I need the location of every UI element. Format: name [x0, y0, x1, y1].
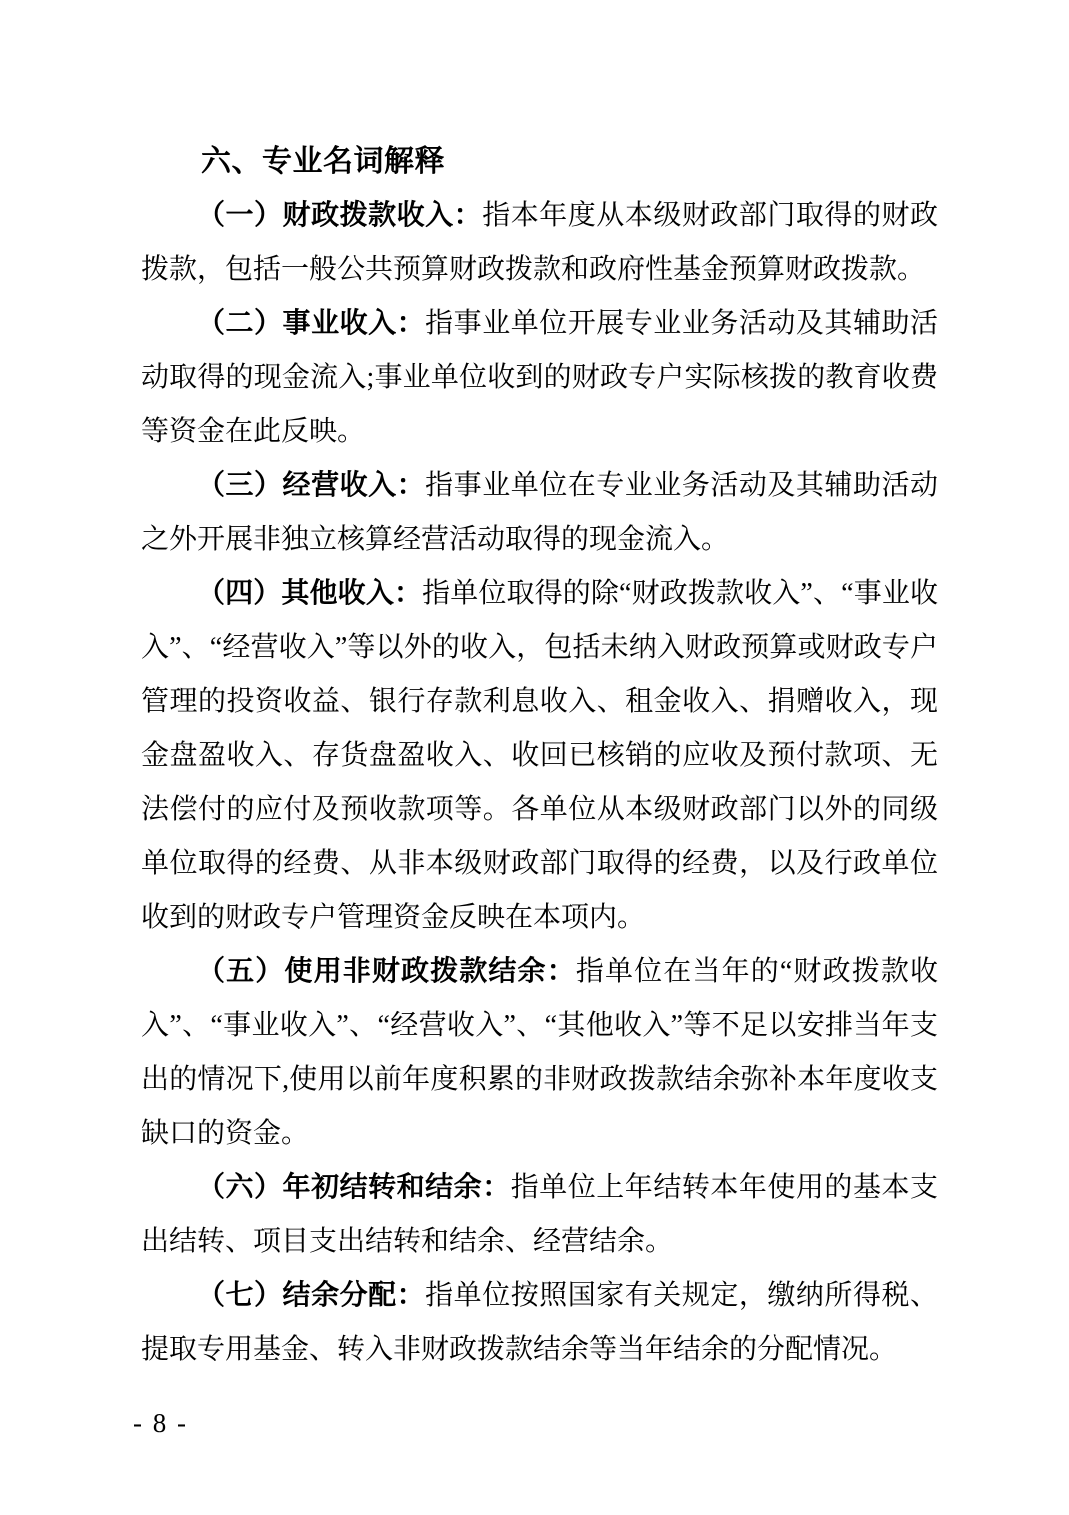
term-label: （六）年初结转和结余：	[197, 1172, 511, 1203]
definition-paragraph-1: （一）财政拨款收入：指本年度从本级财政部门取得的财政拨款，包括一般公共预算财政拨…	[141, 189, 938, 297]
section-heading: 六、专业名词解释	[141, 135, 938, 189]
definition-paragraph-3: （三）经营收入：指事业单位在专业业务活动及其辅助活动之外开展非独立核算经营活动取…	[141, 459, 938, 567]
term-label: （五）使用非财政拨款结余：	[197, 956, 576, 987]
definition-paragraph-2: （二）事业收入：指事业单位开展专业业务活动及其辅助活动取得的现金流入;事业单位收…	[141, 297, 938, 459]
term-label: （七）结余分配：	[197, 1280, 425, 1311]
definition-paragraph-5: （五）使用非财政拨款结余：指单位在当年的“财政拨款收入”、“事业收入”、“经营收…	[141, 945, 938, 1161]
term-label: （二）事业收入：	[197, 308, 425, 339]
definition-paragraph-6: （六）年初结转和结余：指单位上年结转本年使用的基本支出结转、项目支出结转和结余、…	[141, 1161, 938, 1269]
document-page: 六、专业名词解释 （一）财政拨款收入：指本年度从本级财政部门取得的财政拨款，包括…	[0, 0, 1069, 1515]
definition-paragraph-4: （四）其他收入：指单位取得的除“财政拨款收入”、“事业收入”、“经营收入”等以外…	[141, 567, 938, 945]
term-label: （四）其他收入：	[197, 578, 422, 609]
document-body: 六、专业名词解释 （一）财政拨款收入：指本年度从本级财政部门取得的财政拨款，包括…	[141, 135, 938, 1377]
term-label: （一）财政拨款收入：	[197, 200, 482, 231]
page-number: - 8 -	[133, 1396, 188, 1450]
term-definition: 指单位取得的除“财政拨款收入”、“事业收入”、“经营收入”等以外的收入，包括未纳…	[141, 578, 938, 933]
term-label: （三）经营收入：	[197, 470, 425, 501]
definition-paragraph-7: （七）结余分配：指单位按照国家有关规定，缴纳所得税、提取专用基金、转入非财政拨款…	[141, 1269, 938, 1377]
